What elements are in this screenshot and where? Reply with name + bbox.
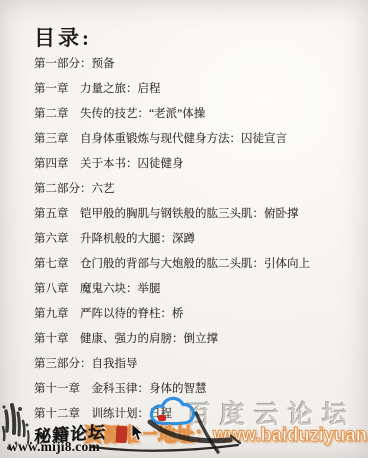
document-page: 目录: 第一部分：预备第一章 力量之旅：启程第二章 失传的技艺：“老派”体操第三… — [0, 0, 368, 458]
toc-list: 第一部分：预备第一章 力量之旅：启程第二章 失传的技艺：“老派”体操第三章 自身… — [34, 52, 310, 427]
toc-item-chapter: 第九章 严阵以待的脊柱：桥 — [34, 302, 310, 327]
toc-item-chapter: 第四章 关于本书：囚徒健身 — [34, 152, 310, 177]
toc-item-part: 第三部分：自我指导 — [34, 352, 310, 377]
miji-forum-url-text: www.miji8.com — [8, 439, 100, 455]
toc-item-chapter: 第一章 力量之旅：启程 — [34, 77, 310, 102]
toc-item-chapter: 第三章 自身体重锻炼与现代健身方法：囚徒宣言 — [34, 127, 310, 152]
toc-item-part: 第一部分：预备 — [34, 52, 310, 77]
toc-item-part: 第二部分：六艺 — [34, 177, 310, 202]
toc-item-chapter: 第六章 升降机般的大腿：深蹲 — [34, 227, 310, 252]
toc-item-chapter: 第八章 魔鬼六块：举腿 — [34, 277, 310, 302]
mouse-cursor-icon — [131, 423, 145, 442]
toc-item-chapter: 第七章 仓门般的背部与大炮般的肱二头肌：引体向上 — [34, 252, 310, 277]
toc-item-chapter: 第二章 失传的技艺：“老派”体操 — [34, 102, 310, 127]
toc-item-chapter: 第十章 健康、强力的肩膀：倒立撑 — [34, 327, 310, 352]
seal-stamp-icon — [116, 426, 128, 444]
toc-item-chapter: 第五章 铠甲般的胸肌与钢铁般的肱三头肌：俯卧撑 — [34, 202, 310, 227]
page-title: 目录: — [34, 22, 92, 52]
